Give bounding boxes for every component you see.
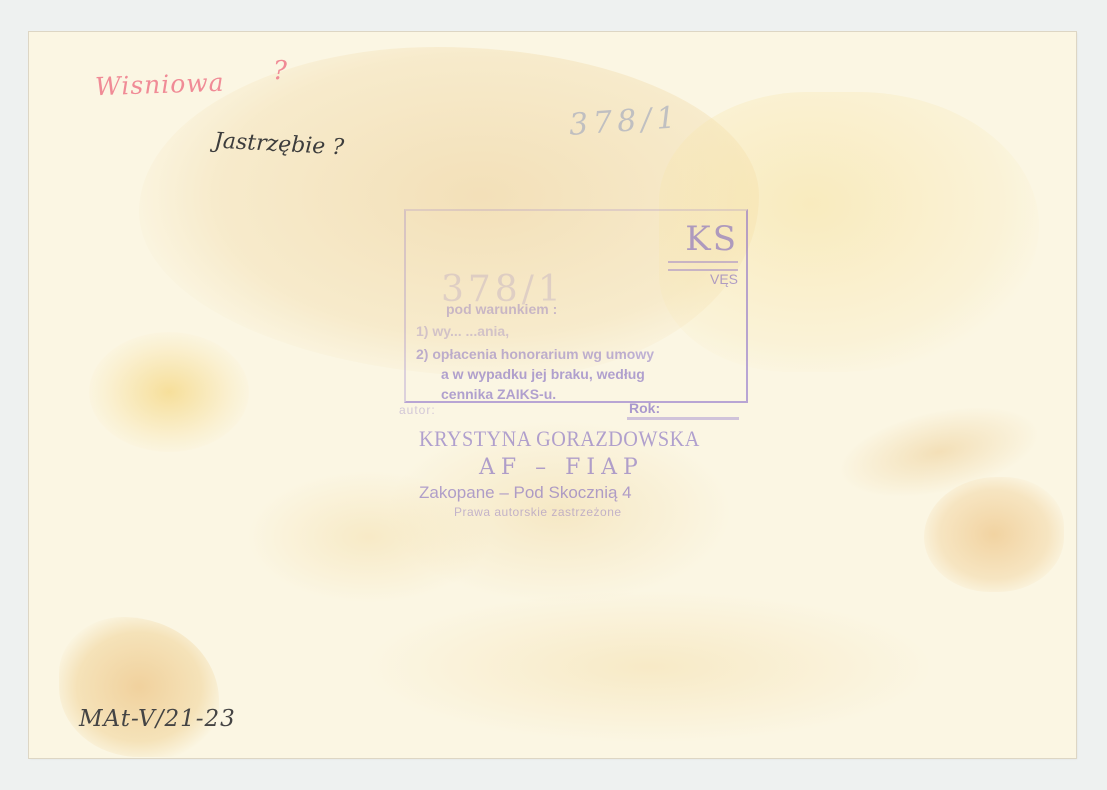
stamp-line: pod warunkiem : [446, 301, 557, 317]
author-label: autor: [399, 403, 436, 417]
water-stain [369, 592, 929, 742]
photographer-distinction: AF – FIAP [479, 455, 644, 480]
water-stain [924, 477, 1064, 592]
copyright-notice: Prawa autorskie zastrzeżone [454, 505, 622, 519]
water-stain [59, 617, 219, 757]
stamp-brand-sub: VĘS [710, 271, 738, 287]
photo-back-card: Wisniowa ? Jastrzębie ? 378/1 378/1 KS V… [29, 32, 1076, 758]
stamp-rule [668, 261, 738, 271]
stamp-brand: KS [685, 219, 738, 259]
photographer-name: KRYSTYNA GORAZDOWSKA [419, 426, 700, 452]
stamp-line: cennika ZAIKS-u. [441, 386, 556, 402]
stamp-line: a w wypadku jej braku, według [441, 366, 645, 382]
faint-archive-number: 378/1 [568, 100, 682, 143]
red-pencil-question-mark: ? [273, 56, 287, 86]
water-stain [89, 332, 249, 452]
pencil-location-note: Jastrzębie ? [213, 129, 344, 161]
stamp-line: 2) opłacenia honorarium wg umowy [416, 346, 654, 362]
year-fill-line [627, 417, 739, 420]
photographer-address: Zakopane – Pod Skocznią 4 [419, 483, 632, 503]
water-stain [833, 392, 1045, 512]
red-pencil-note: Wisniowa [95, 68, 225, 102]
catalog-number: MAt-V/21-23 [79, 706, 236, 732]
stamp-line: 1) wy... ...ania, [416, 323, 509, 339]
zaiks-reproduction-stamp: 378/1 KS VĘS pod warunkiem : 1) wy... ..… [404, 209, 748, 403]
year-label: Rok: [629, 400, 660, 416]
